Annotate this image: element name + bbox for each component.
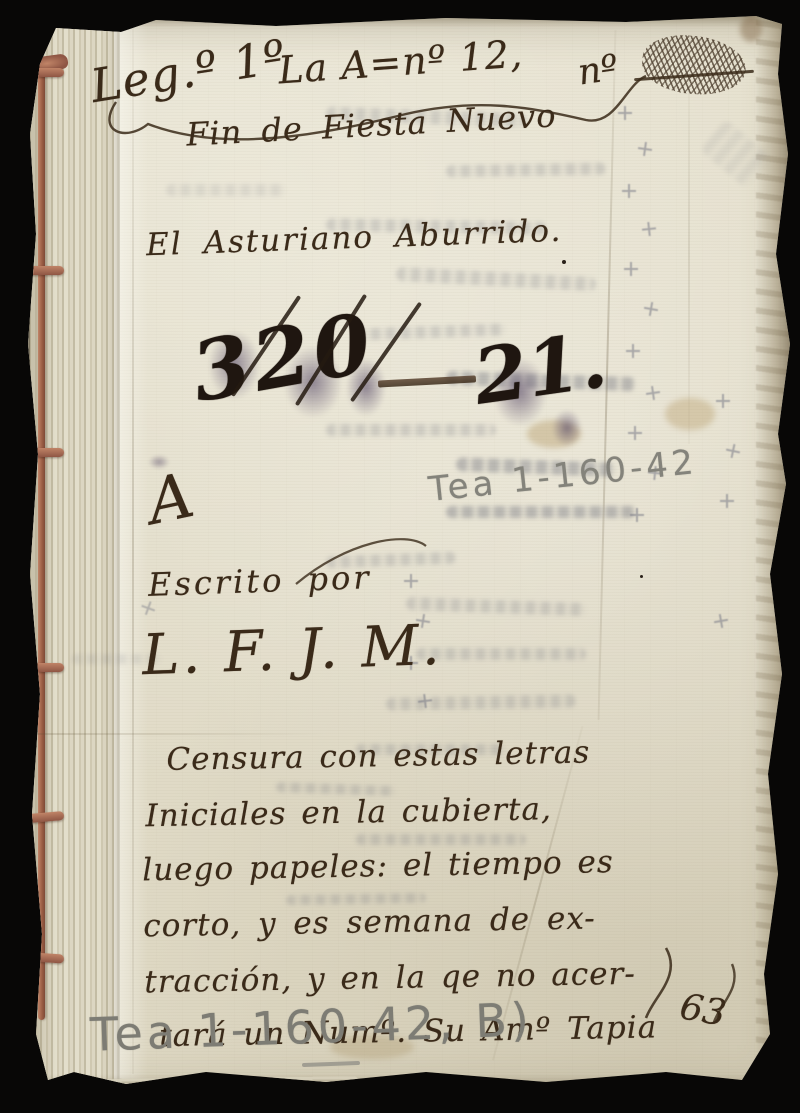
- binding-stitch: [18, 951, 65, 963]
- ghost-cross-mark: [622, 184, 636, 198]
- ghost-cross-mark: [643, 301, 659, 317]
- ink-speck: [640, 575, 643, 578]
- ghost-cross-mark: [641, 221, 656, 236]
- stain: [665, 398, 715, 430]
- bleedthrough-line: [446, 506, 636, 518]
- binding-stitch: [18, 663, 64, 672]
- play-subtitle: Fin de Fiesta Nuevo: [185, 96, 557, 153]
- folio-number: 2: [33, 15, 51, 44]
- censura-line: tracción, y en la qe no acer-: [144, 956, 642, 1001]
- ghost-cross-mark: [626, 344, 640, 358]
- ghost-cross-mark: [628, 426, 642, 440]
- ghost-cross-mark: [404, 574, 418, 588]
- deckle-edge-top: [116, 14, 792, 28]
- bleedthrough-line: [166, 184, 286, 196]
- struck-number-right: 21.: [468, 315, 611, 422]
- deckle-edge-right: [756, 14, 792, 1100]
- bleedthrough-line: [386, 694, 576, 710]
- byline: Escrito por: [147, 558, 372, 604]
- header-numero: nº: [575, 47, 620, 93]
- letter-a-mark: A: [141, 458, 200, 539]
- fold-crease-left: [132, 14, 134, 1074]
- dash-between-numbers: [378, 375, 476, 387]
- stain: [527, 420, 581, 448]
- bleedthrough-line: [446, 163, 606, 178]
- censura-line: Iniciales en la cubierta,: [145, 790, 643, 835]
- ghost-cross-mark: [645, 385, 661, 401]
- binding-thread: [38, 58, 45, 1020]
- crossed-out-number: [640, 32, 749, 99]
- ink-speck: [562, 260, 566, 264]
- censura-line: corto, y es semana de ex-: [143, 900, 641, 945]
- pencil-underline: [302, 1061, 360, 1067]
- ghost-cross-mark: [716, 394, 730, 408]
- fold-crease-faint: [688, 64, 690, 444]
- ghost-cross-mark: [713, 613, 729, 629]
- pencil-shelfmark-top: Tea 1-160-42: [427, 442, 700, 510]
- bleedthrough-line: [326, 424, 496, 436]
- play-title: El Asturiano Aburrido.: [145, 213, 562, 264]
- header-series: La A=nº 12,: [277, 32, 525, 93]
- censura-line: luego papeles: el tiempo es: [142, 844, 640, 889]
- ghost-cross-mark: [637, 141, 653, 157]
- censura-line: Censura con estas letras: [166, 733, 664, 778]
- horizontal-crease: [26, 733, 326, 735]
- corner-number: 63: [677, 986, 729, 1034]
- binding-stitch: [18, 266, 64, 275]
- ghost-cross-mark: [725, 443, 742, 460]
- ghost-cross-mark: [417, 693, 433, 709]
- bleedthrough-line: [396, 267, 596, 291]
- binding-stitch: [18, 448, 64, 457]
- ghost-cross-mark: [720, 494, 734, 508]
- binding-stitch: [18, 68, 64, 77]
- bottom-page-stack: [28, 1076, 358, 1099]
- ghost-cross-mark: [618, 106, 632, 120]
- ghost-cross-mark: [630, 508, 644, 522]
- pencil-shelfmark-bottom: Tea 1-160-42, B): [89, 992, 534, 1061]
- author-initials: L. F. J. M.: [141, 613, 443, 688]
- ghost-cross-mark: [624, 262, 638, 276]
- censura-note: Censura con estas letras Iniciales en la…: [140, 734, 642, 959]
- manuscript-page: 2 Leg.º 1º La A=nº 12, nº Fin de Fiesta …: [26, 14, 792, 1100]
- scanned-manuscript-photo: 2 Leg.º 1º La A=nº 12, nº Fin de Fiesta …: [0, 0, 800, 1113]
